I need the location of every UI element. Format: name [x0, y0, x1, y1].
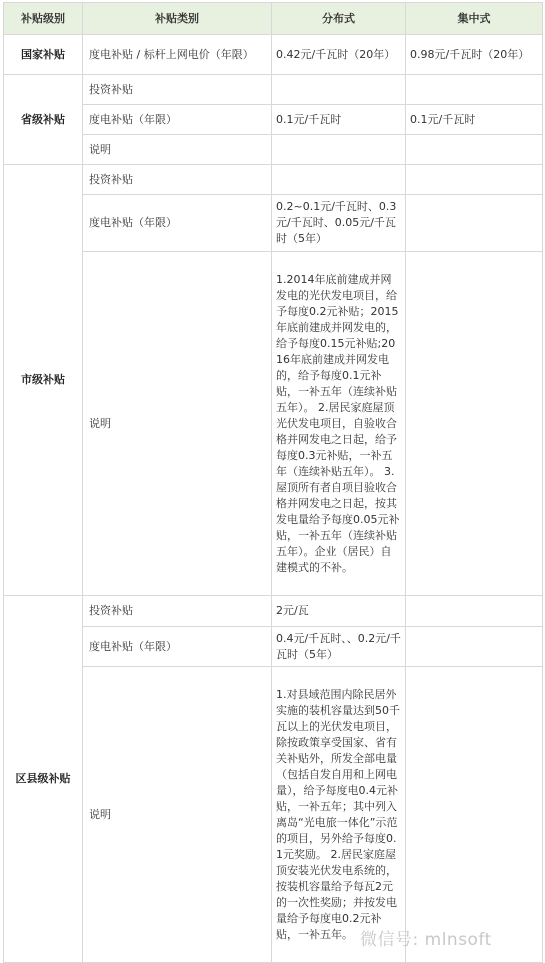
- centralized-cell: 0.1元/千瓦时: [406, 105, 543, 135]
- category-cell: 度电补贴（年限）: [83, 195, 272, 252]
- table-row: 国家补贴 度电补贴 / 标杆上网电价（年限） 0.42元/千瓦时（20年） 0.…: [4, 35, 543, 75]
- level-national: 国家补贴: [4, 35, 83, 75]
- table-row: 省级补贴 投资补贴: [4, 75, 543, 105]
- category-cell: 投资补贴: [83, 75, 272, 105]
- category-cell: 说明: [83, 135, 272, 165]
- distributed-cell: 0.4元/千瓦时、、0.2元/千瓦时（5年）: [272, 627, 406, 667]
- table-row: 度电补贴（年限） 0.4元/千瓦时、、0.2元/千瓦时（5年）: [4, 627, 543, 667]
- distributed-cell: [272, 135, 406, 165]
- table-row: 说明 1.对县域范围内除民居外实施的装机容量达到50千瓦以上的光伏发电项目，除按…: [4, 667, 543, 963]
- table-row: 说明: [4, 135, 543, 165]
- category-cell: 度电补贴（年限）: [83, 627, 272, 667]
- table-row: 度电补贴（年限） 0.2~0.1元/千瓦时、0.3元/千瓦时、0.05元/千瓦时…: [4, 195, 543, 252]
- table-row: 区县级补贴 投资补贴 2元/瓦: [4, 596, 543, 627]
- header-level: 补贴级别: [4, 3, 83, 35]
- distributed-cell: 0.1元/千瓦时: [272, 105, 406, 135]
- category-cell: 度电补贴（年限）: [83, 105, 272, 135]
- centralized-cell: 0.98元/千瓦时（20年）: [406, 35, 543, 75]
- centralized-cell: [406, 627, 543, 667]
- centralized-cell: [406, 135, 543, 165]
- category-cell: 投资补贴: [83, 596, 272, 627]
- distributed-cell: [272, 165, 406, 195]
- table-row: 说明 1.2014年底前建成并网发电的光伏发电项目，给予每度0.2元补贴；201…: [4, 252, 543, 596]
- header-category: 补贴类别: [83, 3, 272, 35]
- category-cell: 投资补贴: [83, 165, 272, 195]
- distributed-cell: 0.2~0.1元/千瓦时、0.3元/千瓦时、0.05元/千瓦时（5年）: [272, 195, 406, 252]
- subsidy-table: 补贴级别 补贴类别 分布式 集中式 国家补贴 度电补贴 / 标杆上网电价（年限）…: [3, 2, 543, 963]
- centralized-cell: [406, 195, 543, 252]
- centralized-cell: [406, 75, 543, 105]
- header-distributed: 分布式: [272, 3, 406, 35]
- category-cell: 说明: [83, 252, 272, 596]
- table-row: 市级补贴 投资补贴: [4, 165, 543, 195]
- level-municipal: 市级补贴: [4, 165, 83, 596]
- centralized-cell: [406, 165, 543, 195]
- centralized-cell: [406, 596, 543, 627]
- centralized-cell: [406, 667, 543, 963]
- distributed-cell: [272, 75, 406, 105]
- level-provincial: 省级补贴: [4, 75, 83, 165]
- header-centralized: 集中式: [406, 3, 543, 35]
- centralized-cell: [406, 252, 543, 596]
- category-cell: 度电补贴 / 标杆上网电价（年限）: [83, 35, 272, 75]
- category-cell: 说明: [83, 667, 272, 963]
- table-row: 度电补贴（年限） 0.1元/千瓦时 0.1元/千瓦时: [4, 105, 543, 135]
- distributed-cell: 0.42元/千瓦时（20年）: [272, 35, 406, 75]
- header-row: 补贴级别 补贴类别 分布式 集中式: [4, 3, 543, 35]
- distributed-cell: 1.2014年底前建成并网发电的光伏发电项目，给予每度0.2元补贴；2015年底…: [272, 252, 406, 596]
- distributed-cell: 2元/瓦: [272, 596, 406, 627]
- wechat-watermark: 微信号: mlnsoft: [360, 925, 492, 950]
- distributed-cell: 1.对县域范围内除民居外实施的装机容量达到50千瓦以上的光伏发电项目，除按政策享…: [272, 667, 406, 963]
- level-county: 区县级补贴: [4, 596, 83, 963]
